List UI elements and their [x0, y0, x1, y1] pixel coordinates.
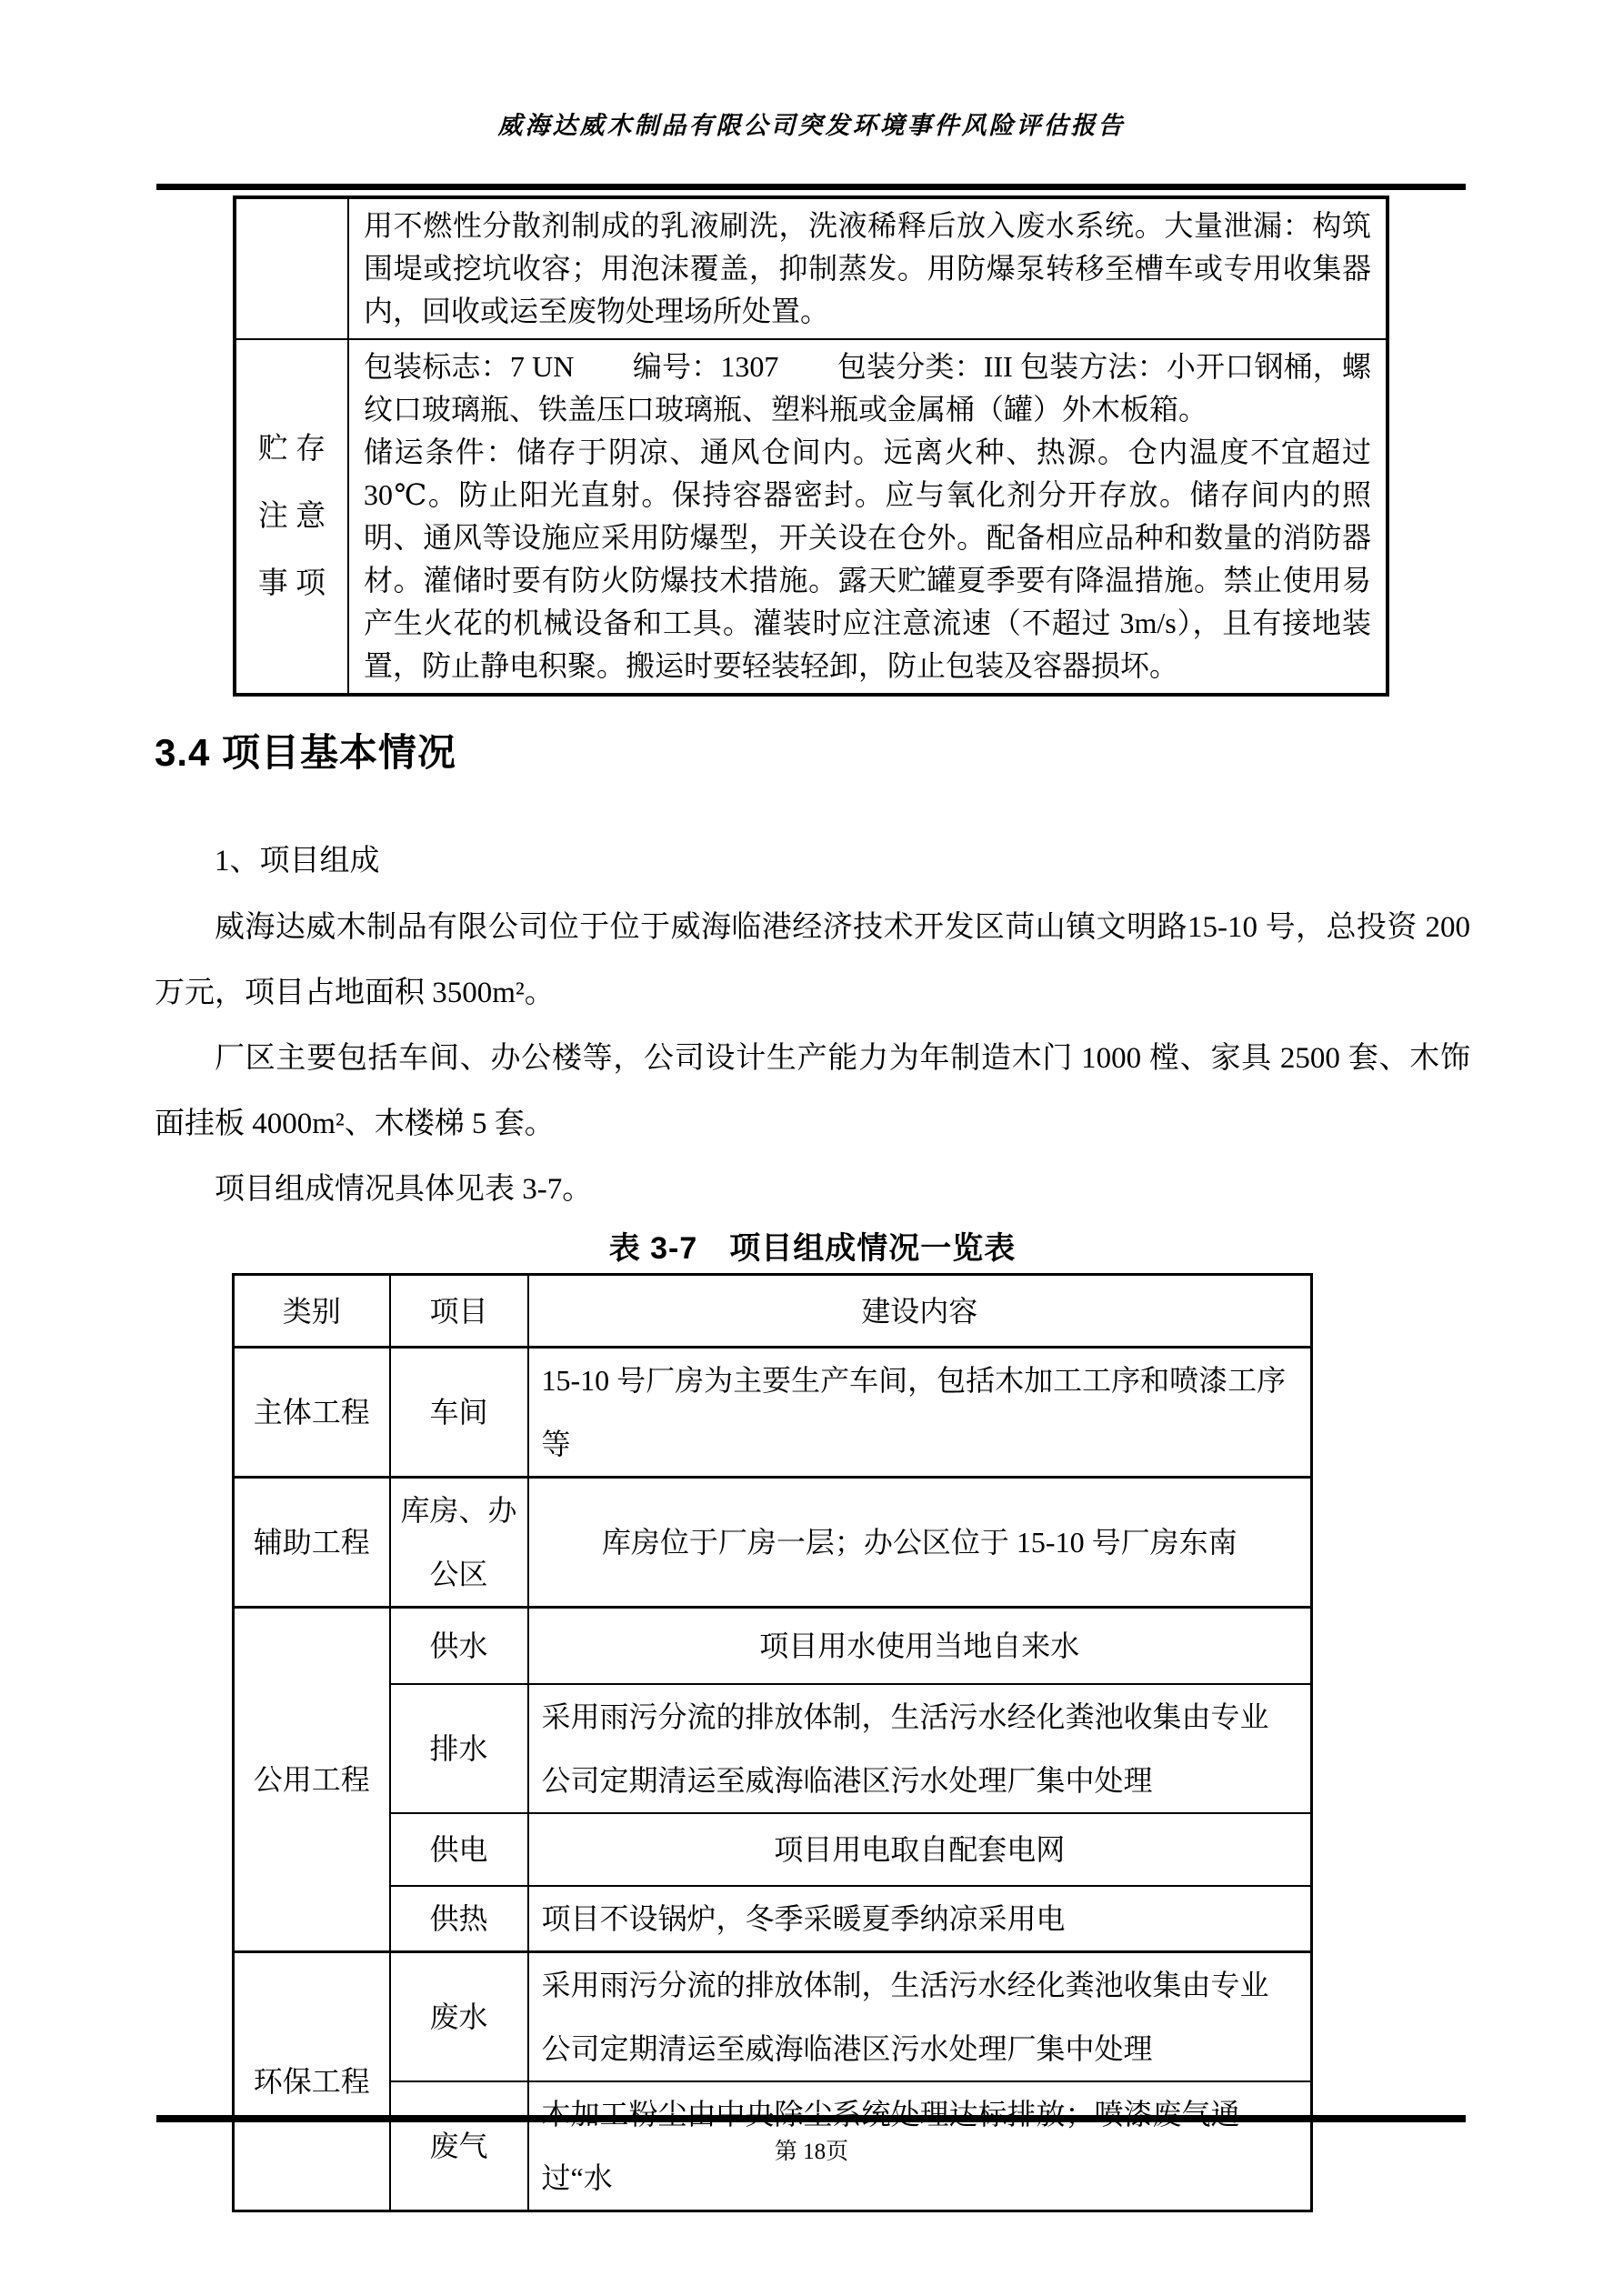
- storage-precautions-table: 用不燃性分散剂制成的乳液刷洗，洗液稀释后放入废水系统。大量泄漏：构筑围堤或挖坑收…: [233, 196, 1389, 697]
- category-cell: 公用工程: [234, 1608, 390, 1952]
- content-cell: 15-10 号厂房为主要生产车间，包括木加工工序和喷漆工序等: [528, 1348, 1312, 1478]
- content-cell: 项目不设锅炉，冬季采暖夏季纳凉采用电: [528, 1886, 1312, 1952]
- storage-row-label-empty: [235, 197, 348, 339]
- table-row: 公用工程 供水 项目用水使用当地自来水: [234, 1608, 1312, 1684]
- col-header-item: 项目: [390, 1275, 528, 1348]
- table-row: 主体工程 车间 15-10 号厂房为主要生产车间，包括木加工工序和喷漆工序等: [234, 1348, 1312, 1478]
- table-row: 环保工程 废水 采用雨污分流的排放体制，生活污水经化粪池收集由专业公司定期清运至…: [234, 1951, 1312, 2081]
- section-body: 威海达威木制品有限公司位于位于威海临港经济技术开发区苘山镇文明路15-10 号，…: [155, 895, 1470, 1222]
- content-cell: 项目用水使用当地自来水: [528, 1608, 1312, 1684]
- table-3-7-title: 表 3-7 项目组成情况一览表: [155, 1223, 1470, 1268]
- item-cell: 废水: [390, 1951, 528, 2081]
- project-composition-table: 类别 项目 建设内容 主体工程 车间 15-10 号厂房为主要生产车间，包括木加…: [232, 1273, 1313, 2212]
- paragraph: 威海达威木制品有限公司位于位于威海临港经济技术开发区苘山镇文明路15-10 号，…: [155, 895, 1470, 1026]
- storage-conditions-paragraph: 储运条件：储存于阴凉、通风仓间内。远离火种、热源。仓内温度不宜超过 30℃。防止…: [364, 431, 1371, 687]
- category-cell: 环保工程: [234, 1951, 390, 2211]
- packing-storage-content: 包装标志：7 UN 编号：1307 包装分类：III 包装方法：小开口钢桶，螺纹…: [348, 339, 1388, 695]
- content-cell: 采用雨污分流的排放体制，生活污水经化粪池收集由专业公司定期清运至威海临港区污水处…: [528, 1684, 1312, 1813]
- item-cell: 排水: [390, 1684, 528, 1813]
- col-header-content: 建设内容: [528, 1275, 1312, 1348]
- paragraph: 厂区主要包括车间、办公楼等，公司设计生产能力为年制造木门 1000 樘、家具 2…: [155, 1026, 1470, 1157]
- label-line: 贮 存: [237, 416, 346, 483]
- header-rule: [156, 184, 1466, 190]
- item-cell: 供热: [390, 1886, 528, 1952]
- label-line: 事 项: [237, 550, 346, 617]
- table-row: 供热 项目不设锅炉，冬季采暖夏季纳凉采用电: [234, 1886, 1312, 1952]
- packing-paragraph: 包装标志：7 UN 编号：1307 包装分类：III 包装方法：小开口钢桶，螺纹…: [364, 346, 1371, 431]
- report-header-title: 威海达威木制品有限公司突发环境事件风险评估报告: [0, 105, 1623, 141]
- item-cell: 供电: [390, 1813, 528, 1886]
- document-page: 威海达威木制品有限公司突发环境事件风险评估报告 用不燃性分散剂制成的乳液刷洗，洗…: [0, 0, 1623, 2296]
- section-heading: 3.4 项目基本情况: [155, 723, 456, 777]
- content-cell: 采用雨污分流的排放体制，生活污水经化粪池收集由专业公司定期清运至威海临港区污水处…: [528, 1951, 1312, 2081]
- item-cell: 车间: [390, 1348, 528, 1478]
- storage-attention-label: 贮 存 注 意 事 项: [235, 339, 348, 695]
- leak-handling-content: 用不燃性分散剂制成的乳液刷洗，洗液稀释后放入废水系统。大量泄漏：构筑围堤或挖坑收…: [348, 197, 1388, 339]
- category-cell: 主体工程: [234, 1348, 390, 1478]
- table-row: 排水 采用雨污分流的排放体制，生活污水经化粪池收集由专业公司定期清运至威海临港区…: [234, 1684, 1312, 1813]
- item-cell: 库房、办公区: [390, 1478, 528, 1608]
- table-header-row: 类别 项目 建设内容: [234, 1275, 1312, 1348]
- col-header-category: 类别: [234, 1275, 390, 1348]
- table-row: 供电 项目用电取自配套电网: [234, 1813, 1312, 1886]
- page-number: 第 18页: [0, 2133, 1623, 2166]
- content-cell: 库房位于厂房一层；办公区位于 15-10 号厂房东南: [528, 1478, 1312, 1608]
- footer-rule: [156, 2115, 1466, 2122]
- table-row: 用不燃性分散剂制成的乳液刷洗，洗液稀释后放入废水系统。大量泄漏：构筑围堤或挖坑收…: [235, 197, 1388, 339]
- content-cell: 项目用电取自配套电网: [528, 1813, 1312, 1886]
- table-row: 辅助工程 库房、办公区 库房位于厂房一层；办公区位于 15-10 号厂房东南: [234, 1478, 1312, 1608]
- table-row: 贮 存 注 意 事 项 包装标志：7 UN 编号：1307 包装分类：III 包…: [235, 339, 1388, 695]
- category-cell: 辅助工程: [234, 1478, 390, 1608]
- paragraph: 项目组成情况具体见表 3-7。: [155, 1157, 1470, 1222]
- label-line: 注 意: [237, 483, 346, 550]
- sub-heading: 1、项目组成: [155, 838, 1470, 884]
- item-cell: 供水: [390, 1608, 528, 1684]
